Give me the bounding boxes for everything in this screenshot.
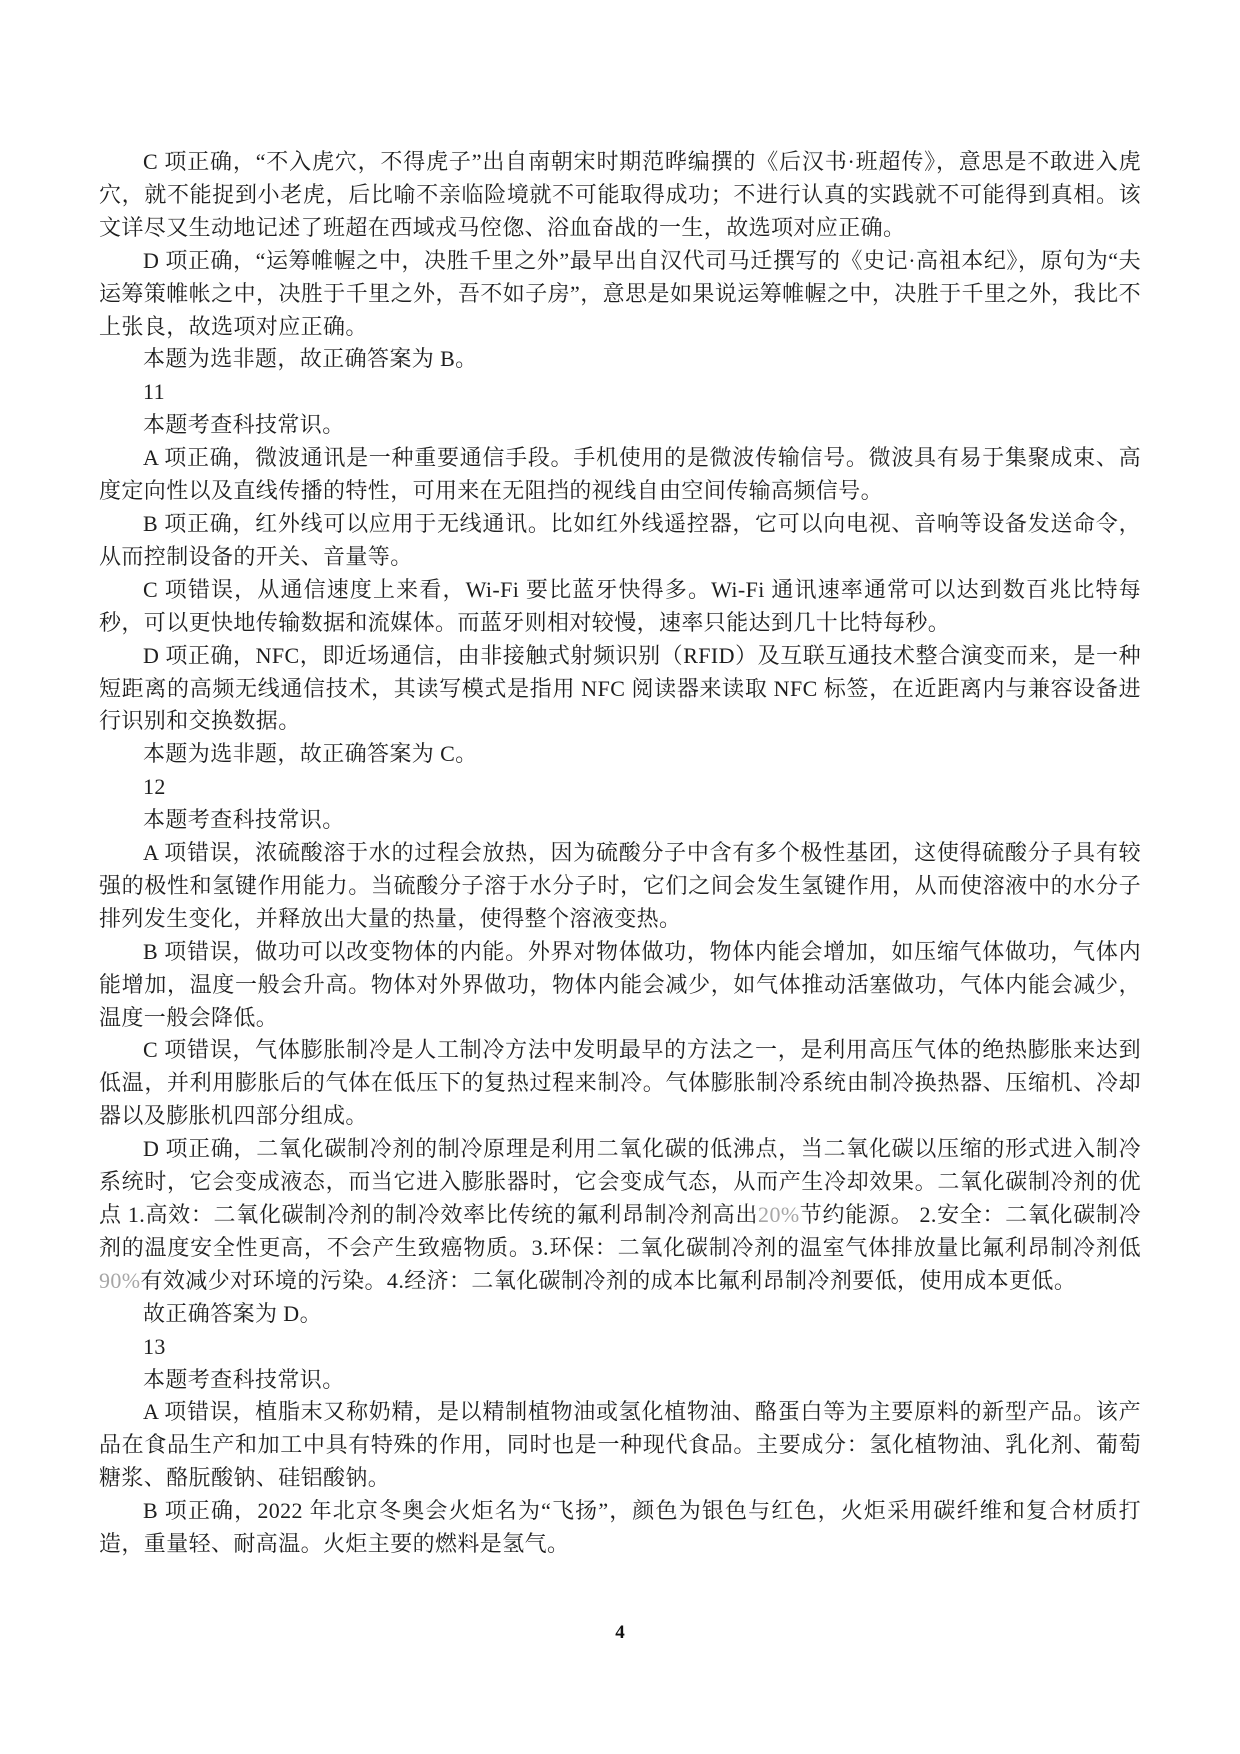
- explanation-paragraph: D 项正确，NFC，即近场通信，由非接触式射频识别（RFID）及互联互通技术整合…: [99, 640, 1141, 739]
- explanation-paragraph: C 项正确，“不入虎穴，不得虎子”出自南朝宋时期范晔编撰的《后汉书·班超传》，意…: [99, 146, 1141, 245]
- text-run: D 项正确，NFC，即近场通信，由非接触式射频识别（RFID）及互联互通技术整合…: [99, 643, 1141, 734]
- answer-line: 本题为选非题，故正确答案为 B。: [99, 343, 1141, 376]
- text-run: B 项错误，做功可以改变物体的内能。外界对物体做功，物体内能会增加，如压缩气体做…: [99, 939, 1141, 1030]
- text-run: C 项错误，从通信速度上来看，Wi-Fi 要比蓝牙快得多。Wi-Fi 通讯速率通…: [99, 577, 1141, 635]
- text-run: 本题为选非题，故正确答案为 B。: [143, 346, 478, 371]
- text-run: 12: [143, 774, 166, 799]
- explanation-paragraph: D 项正确，二氧化碳制冷剂的制冷原理是利用二氧化碳的低沸点，当二氧化碳以压缩的形…: [99, 1133, 1141, 1298]
- text-run: C 项正确，“不入虎穴，不得虎子”出自南朝宋时期范晔编撰的《后汉书·班超传》，意…: [99, 149, 1141, 240]
- text-run: C 项错误，气体膨胀制冷是人工制冷方法中发明最早的方法之一，是利用高压气体的绝热…: [99, 1037, 1141, 1128]
- text-run: 本题考查科技常识。: [143, 412, 345, 437]
- text-run: D 项正确，“运筹帷幄之中，决胜千里之外”最早出自汉代司马迁撰写的《史记·高祖本…: [99, 248, 1141, 339]
- explanation-paragraph: A 项错误，植脂末又称奶精，是以精制植物油或氢化植物油、酪蛋白等为主要原料的新型…: [99, 1396, 1141, 1495]
- explanation-paragraph: B 项错误，做功可以改变物体的内能。外界对物体做功，物体内能会增加，如压缩气体做…: [99, 936, 1141, 1035]
- text-run: B 项正确，2022 年北京冬奥会火炬名为“飞扬”，颜色为银色与红色，火炬采用碳…: [99, 1498, 1141, 1556]
- document-page: C 项正确，“不入虎穴，不得虎子”出自南朝宋时期范晔编撰的《后汉书·班超传》，意…: [0, 0, 1240, 1754]
- text-run: 13: [143, 1334, 166, 1359]
- explanation-paragraph: C 项错误，从通信速度上来看，Wi-Fi 要比蓝牙快得多。Wi-Fi 通讯速率通…: [99, 574, 1141, 640]
- topic-line: 本题考查科技常识。: [99, 409, 1141, 442]
- question-number: 11: [99, 376, 1141, 409]
- answer-line: 故正确答案为 D。: [99, 1298, 1141, 1331]
- question-number: 13: [99, 1331, 1141, 1364]
- text-run: 11: [143, 379, 165, 404]
- text-run: B 项正确，红外线可以应用于无线通讯。比如红外线遥控器，它可以向电视、音响等设备…: [99, 511, 1141, 569]
- page-number: 4: [0, 1622, 1240, 1644]
- explanation-paragraph: B 项正确，红外线可以应用于无线通讯。比如红外线遥控器，它可以向电视、音响等设备…: [99, 508, 1141, 574]
- text-run: A 项错误，植脂末又称奶精，是以精制植物油或氢化植物油、酪蛋白等为主要原料的新型…: [99, 1399, 1141, 1490]
- document-body: C 项正确，“不入虎穴，不得虎子”出自南朝宋时期范晔编撰的《后汉书·班超传》，意…: [99, 146, 1141, 1561]
- text-run: 有效减少对环境的污染。4.经济：二氧化碳制冷剂的成本比氟利昂制冷剂要低，使用成本…: [141, 1268, 1077, 1293]
- text-run: 故正确答案为 D。: [143, 1301, 322, 1326]
- explanation-paragraph: C 项错误，气体膨胀制冷是人工制冷方法中发明最早的方法之一，是利用高压气体的绝热…: [99, 1034, 1141, 1133]
- text-run: 本题为选非题，故正确答案为 C。: [143, 741, 478, 766]
- question-number: 12: [99, 771, 1141, 804]
- explanation-paragraph: A 项正确，微波通讯是一种重要通信手段。手机使用的是微波传输信号。微波具有易于集…: [99, 442, 1141, 508]
- explanation-paragraph: D 项正确，“运筹帷幄之中，决胜千里之外”最早出自汉代司马迁撰写的《史记·高祖本…: [99, 245, 1141, 344]
- explanation-paragraph: B 项正确，2022 年北京冬奥会火炬名为“飞扬”，颜色为银色与红色，火炬采用碳…: [99, 1495, 1141, 1561]
- text-run: A 项错误，浓硫酸溶于水的过程会放热，因为硫酸分子中含有多个极性基团，这使得硫酸…: [99, 840, 1141, 931]
- text-run: A 项正确，微波通讯是一种重要通信手段。手机使用的是微波传输信号。微波具有易于集…: [99, 445, 1141, 503]
- topic-line: 本题考查科技常识。: [99, 1364, 1141, 1397]
- explanation-paragraph: A 项错误，浓硫酸溶于水的过程会放热，因为硫酸分子中含有多个极性基团，这使得硫酸…: [99, 837, 1141, 936]
- muted-percentage-text: 90%: [99, 1268, 141, 1293]
- text-run: 本题考查科技常识。: [143, 1367, 345, 1392]
- topic-line: 本题考查科技常识。: [99, 804, 1141, 837]
- muted-percentage-text: 20%: [758, 1202, 800, 1227]
- answer-line: 本题为选非题，故正确答案为 C。: [99, 738, 1141, 771]
- text-run: 本题考查科技常识。: [143, 807, 345, 832]
